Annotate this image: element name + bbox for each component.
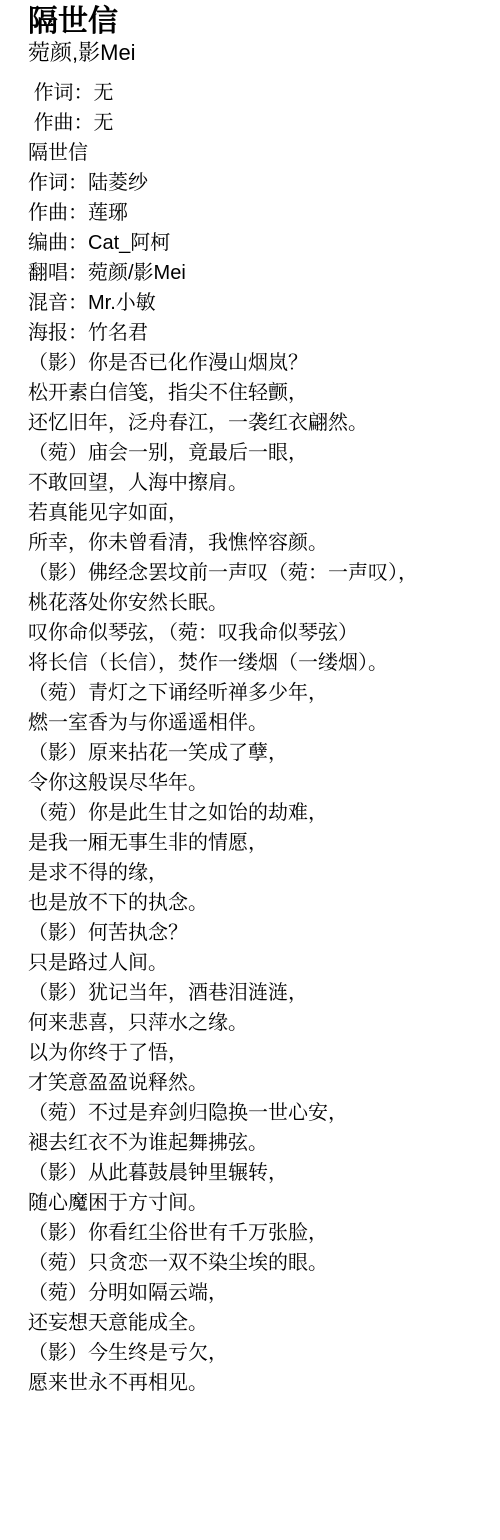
lyric-line: （影）你是否已化作漫山烟岚？: [28, 348, 490, 378]
lyric-line: 编曲：Cat_阿柯: [28, 228, 490, 258]
lyric-line: 也是放不下的执念。: [28, 888, 490, 918]
lyric-line: 是求不得的缘，: [28, 858, 490, 888]
lyric-line: 所幸，你未曾看清，我憔悴容颜。: [28, 528, 490, 558]
lyric-line: 桃花落处你安然长眠。: [28, 588, 490, 618]
lyric-line: 愿来世永不再相见。: [28, 1368, 490, 1398]
lyric-line: （影）何苦执念？: [28, 918, 490, 948]
lyric-line: 作词：陆菱纱: [28, 168, 490, 198]
lyric-line: 才笑意盈盈说释然。: [28, 1068, 490, 1098]
lyric-line: 是我一厢无事生非的情愿，: [28, 828, 490, 858]
lyric-line: 何来悲喜，只萍水之缘。: [28, 1008, 490, 1038]
lyric-line: （菀）庙会一别，竟最后一眼，: [28, 438, 490, 468]
lyric-line: 松开素白信笺，指尖不住轻颤，: [28, 378, 490, 408]
lyric-line: 不敢回望，人海中擦肩。: [28, 468, 490, 498]
lyric-line: 若真能见字如面，: [28, 498, 490, 528]
lyric-line: 随心魔困于方寸间。: [28, 1188, 490, 1218]
lyric-line: 叹你命似琴弦，（菀：叹我命似琴弦）: [28, 618, 490, 648]
lyric-line: 作曲：莲琊: [28, 198, 490, 228]
lyric-line: 褪去红衣不为谁起舞拂弦。: [28, 1128, 490, 1158]
lyric-line: （影）犹记当年，酒巷泪涟涟，: [28, 978, 490, 1008]
lyrics-page: 隔世信 菀颜,影Mei 作词：无 作曲：无隔世信作词：陆菱纱作曲：莲琊编曲：Ca…: [28, 4, 490, 1398]
lyric-line: 燃一室香为与你遥遥相伴。: [28, 708, 490, 738]
lyric-line: （影）佛经念罢坟前一声叹（菀：一声叹），: [28, 558, 490, 588]
lyric-line: 只是路过人间。: [28, 948, 490, 978]
lyric-line: （菀）你是此生甘之如饴的劫难，: [28, 798, 490, 828]
lyric-line: （菀）不过是弃剑归隐换一世心安，: [28, 1098, 490, 1128]
lyric-line: 海报：竹名君: [28, 318, 490, 348]
lyric-line: （菀）青灯之下诵经听禅多少年，: [28, 678, 490, 708]
lyrics-body: 作词：无 作曲：无隔世信作词：陆菱纱作曲：莲琊编曲：Cat_阿柯翻唱：菀颜/影M…: [28, 78, 490, 1398]
lyric-line: 以为你终于了悟，: [28, 1038, 490, 1068]
lyric-line: （菀）只贪恋一双不染尘埃的眼。: [28, 1248, 490, 1278]
lyric-line: 将长信（长信），焚作一缕烟（一缕烟）。: [28, 648, 490, 678]
lyric-line: （影）原来拈花一笑成了孽，: [28, 738, 490, 768]
lyric-line: 隔世信: [28, 138, 490, 168]
lyric-line: 令你这般误尽华年。: [28, 768, 490, 798]
lyric-line: （影）今生终是亏欠，: [28, 1338, 490, 1368]
lyric-line: 作曲：无: [28, 108, 490, 138]
lyric-line: （影）从此暮鼓晨钟里辗转，: [28, 1158, 490, 1188]
lyric-line: 翻唱：菀颜/影Mei: [28, 258, 490, 288]
lyric-line: （菀）分明如隔云端，: [28, 1278, 490, 1308]
lyric-line: （影）你看红尘俗世有千万张脸，: [28, 1218, 490, 1248]
lyric-line: 还妄想天意能成全。: [28, 1308, 490, 1338]
song-title: 隔世信: [28, 4, 490, 40]
lyric-line: 还忆旧年，泛舟春江，一袭红衣翩然。: [28, 408, 490, 438]
lyric-line: 混音：Mr.小敏: [28, 288, 490, 318]
artist-names: 菀颜,影Mei: [28, 40, 490, 66]
lyric-line: 作词：无: [28, 78, 490, 108]
